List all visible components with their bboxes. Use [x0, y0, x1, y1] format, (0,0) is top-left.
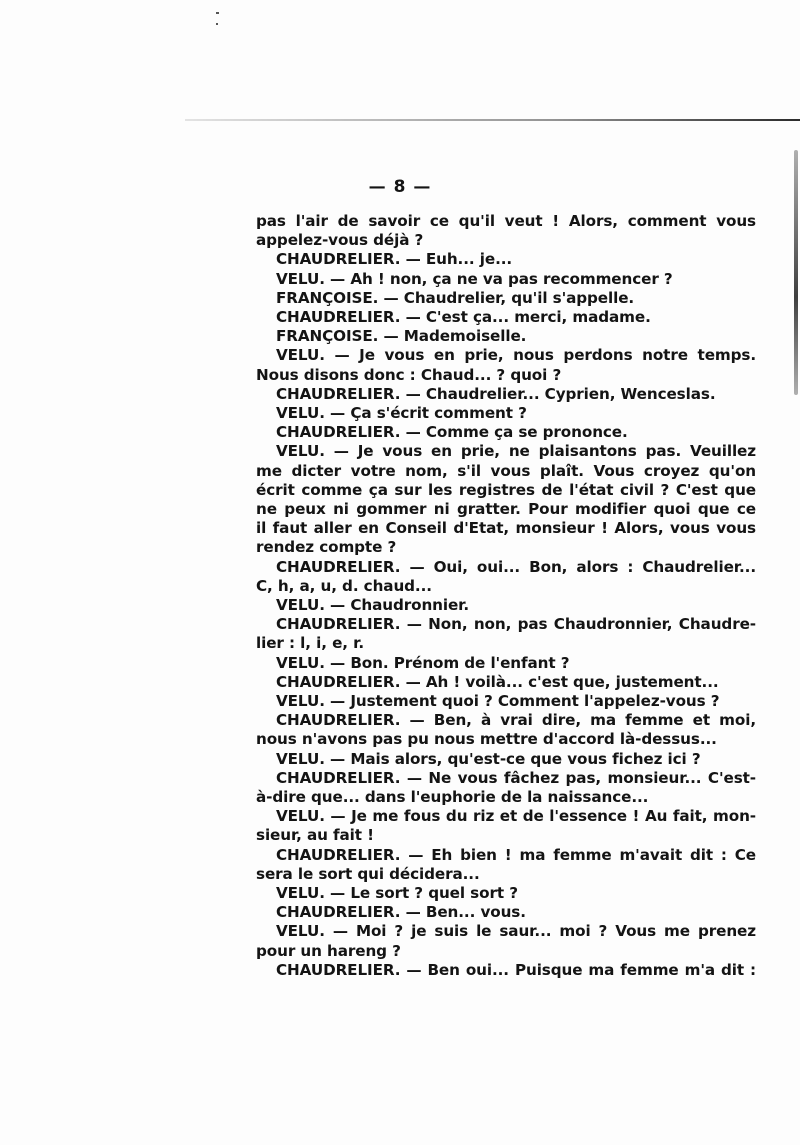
- dialogue-line: CHAUDRELIER. — Chaudrelier... Cyprien, W…: [256, 385, 756, 404]
- dialogue-line: VELU. — Ça s'écrit comment ?: [256, 404, 756, 423]
- text-line: pas l'air de savoir ce qu'il veut ! Alor…: [256, 212, 756, 231]
- dialogue-line: CHAUDRELIER. — Ben, à vrai dire, ma femm…: [256, 711, 756, 730]
- dialogue-line: VELU. — Le sort ? quel sort ?: [256, 884, 756, 903]
- dialogue-line: CHAUDRELIER. — Comme ça se prononce.: [256, 423, 756, 442]
- scan-speck: [216, 23, 218, 25]
- dialogue-line: CHAUDRELIER. — Euh... je...: [256, 250, 756, 269]
- dialogue-line: VELU. — Justement quoi ? Comment l'appel…: [256, 692, 756, 711]
- dialogue-line: CHAUDRELIER. — Non, non, pas Chaudronnie…: [256, 615, 756, 634]
- text-line: lier : l, i, e, r.: [256, 634, 756, 653]
- page-number: — 8 —: [0, 177, 800, 197]
- dialogue-line: VELU. — Moi ? je suis le saur... moi ? V…: [256, 922, 756, 941]
- scan-speck: [216, 12, 219, 14]
- dialogue-line: VELU. — Ah ! non, ça ne va pas recommenc…: [256, 270, 756, 289]
- dialogue-line: CHAUDRELIER. — Ne vous fâchez pas, monsi…: [256, 769, 756, 788]
- dialogue-line: CHAUDRELIER. — Oui, oui... Bon, alors : …: [256, 558, 756, 577]
- text-line: me dicter votre nom, s'il vous plaît. Vo…: [256, 462, 756, 481]
- dialogue-line: VELU. — Mais alors, qu'est-ce que vous f…: [256, 750, 756, 769]
- text-line: nous n'avons pas pu nous mettre d'accord…: [256, 730, 756, 749]
- text-line: pour un hareng ?: [256, 942, 756, 961]
- dialogue-line: FRANÇOISE. — Mademoiselle.: [256, 327, 756, 346]
- text-line: sera le sort qui décidera...: [256, 865, 756, 884]
- dialogue-line: VELU. — Chaudronnier.: [256, 596, 756, 615]
- dialogue-line: CHAUDRELIER. — Ah ! voilà... c'est que, …: [256, 673, 756, 692]
- text-line: rendez compte ?: [256, 538, 756, 557]
- dialogue-line: FRANÇOISE. — Chaudrelier, qu'il s'appell…: [256, 289, 756, 308]
- dialogue-line: VELU. — Je vous en prie, nous perdons no…: [256, 346, 756, 365]
- text-line: écrit comme ça sur les registres de l'ét…: [256, 481, 756, 500]
- dialogue-line: CHAUDRELIER. — C'est ça... merci, madame…: [256, 308, 756, 327]
- dialogue-line: CHAUDRELIER. — Ben oui... Puisque ma fem…: [256, 961, 756, 980]
- text-line: C, h, a, u, d. chaud...: [256, 577, 756, 596]
- scan-top-rule: [185, 119, 800, 121]
- text-line: il faut aller en Conseil d'Etat, monsieu…: [256, 519, 756, 538]
- text-line: Nous disons donc : Chaud... ? quoi ?: [256, 366, 756, 385]
- text-line: sieur, au fait !: [256, 826, 756, 845]
- dialogue-line: VELU. — Je me fous du riz et de l'essenc…: [256, 807, 756, 826]
- text-line: appelez-vous déjà ?: [256, 231, 756, 250]
- dialogue-line: CHAUDRELIER. — Eh bien ! ma femme m'avai…: [256, 846, 756, 865]
- dialogue-line: VELU. — Bon. Prénom de l'enfant ?: [256, 654, 756, 673]
- text-line: ne peux ni gommer ni gratter. Pour modif…: [256, 500, 756, 519]
- dialogue-line: CHAUDRELIER. — Ben... vous.: [256, 903, 756, 922]
- dialogue-line: VELU. — Je vous en prie, ne plaisantons …: [256, 442, 756, 461]
- play-text-body: pas l'air de savoir ce qu'il veut ! Alor…: [256, 212, 756, 980]
- text-line: à-dire que... dans l'euphorie de la nais…: [256, 788, 756, 807]
